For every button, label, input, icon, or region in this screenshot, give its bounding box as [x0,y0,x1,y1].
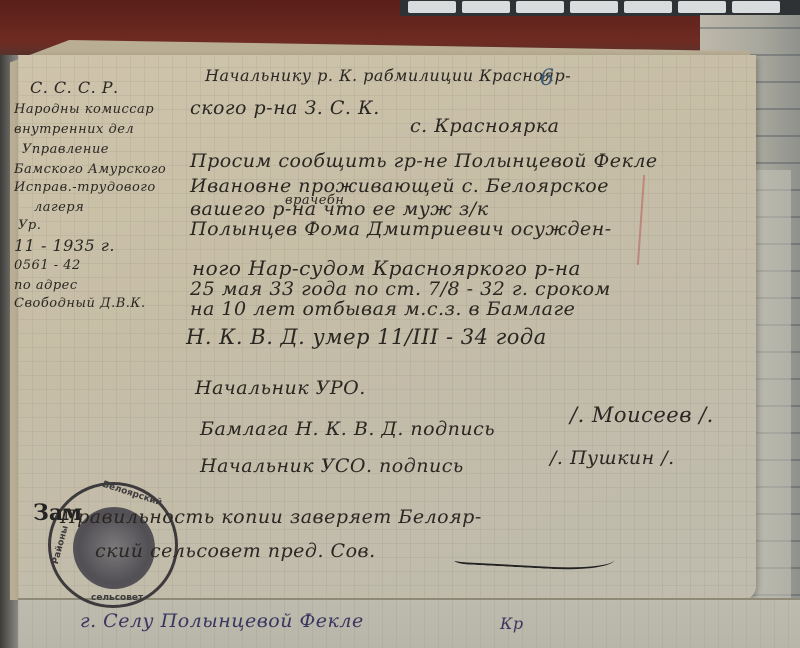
signature-label: Начальник УСО. подпись [200,455,464,477]
keyboard-key [462,1,510,13]
margin-line: Свободный Д.В.К. [14,296,146,311]
body-line: Просим сообщить гр-не Полынцевой Фекле [190,150,658,172]
stamp-bottom-text: сельсовет [91,593,143,603]
body-line: ного Нар-судом Краснояркого р-на [192,256,581,280]
signature-name-pushkin: /. Пушкин /. [550,447,675,469]
back-sheet-layer [750,170,791,648]
keyboard-background [400,0,800,16]
keyboard-key [678,1,726,13]
keyboard-key [732,1,780,13]
keyboard-key [570,1,618,13]
keyboard-key [624,1,672,13]
keyboard-key [408,1,456,13]
margin-line: Управление [22,142,109,157]
margin-date: 11 - 1935 г. [14,236,115,255]
page-number: 6 [540,66,555,91]
body-line: на 10 лет отбывая м.с.з. в Бамлаге [190,298,575,320]
lower-document-text: г. Селу Полынцевой Фекле [80,610,364,632]
margin-line: Бамского Амурского [14,162,166,177]
certification-line: ский сельсовет пред. Сов. [95,540,376,562]
body-line: 25 мая 33 года по ст. 7/8 - 32 г. сроком [190,278,611,300]
body-line: Полынцев Фома Дмитриевич осужден- [190,218,612,240]
margin-reference-number: 0561 - 42 [14,258,81,273]
margin-line: внутренних дел [14,122,134,137]
certification-line: Правильность копии заверяет Белояр- [60,506,482,528]
signature-name-moiseev: /. Моисеев /. [570,403,714,427]
margin-line: по адрес [14,278,78,293]
addressee-line: ского р-на З. С. К. [190,97,380,119]
margin-line: Народны комиссар [14,102,154,117]
margin-line: Ур. [18,218,41,233]
margin-line: Исправ.-трудового [14,180,156,195]
addressee-line: Начальнику р. К. рабмилиции Краснояр- [205,66,571,85]
lower-document-text-right: Кр [500,614,524,633]
body-line: Ивановне проживающей с. Белоярское [190,175,609,197]
signature-label: Бамлага Н. К. В. Д. подпись [200,418,495,440]
margin-line: С. С. С. Р. [30,78,119,97]
keyboard-key [516,1,564,13]
stamp-left-text: Районы [51,525,71,566]
body-insertion: врачебн [285,193,344,208]
addressee-village: с. Красноярка [410,115,559,137]
margin-line: лагеря [34,200,84,215]
body-line-death: Н. К. В. Д. умер 11/III - 34 года [186,325,547,349]
signature-title: Начальник УРО. [195,377,366,399]
